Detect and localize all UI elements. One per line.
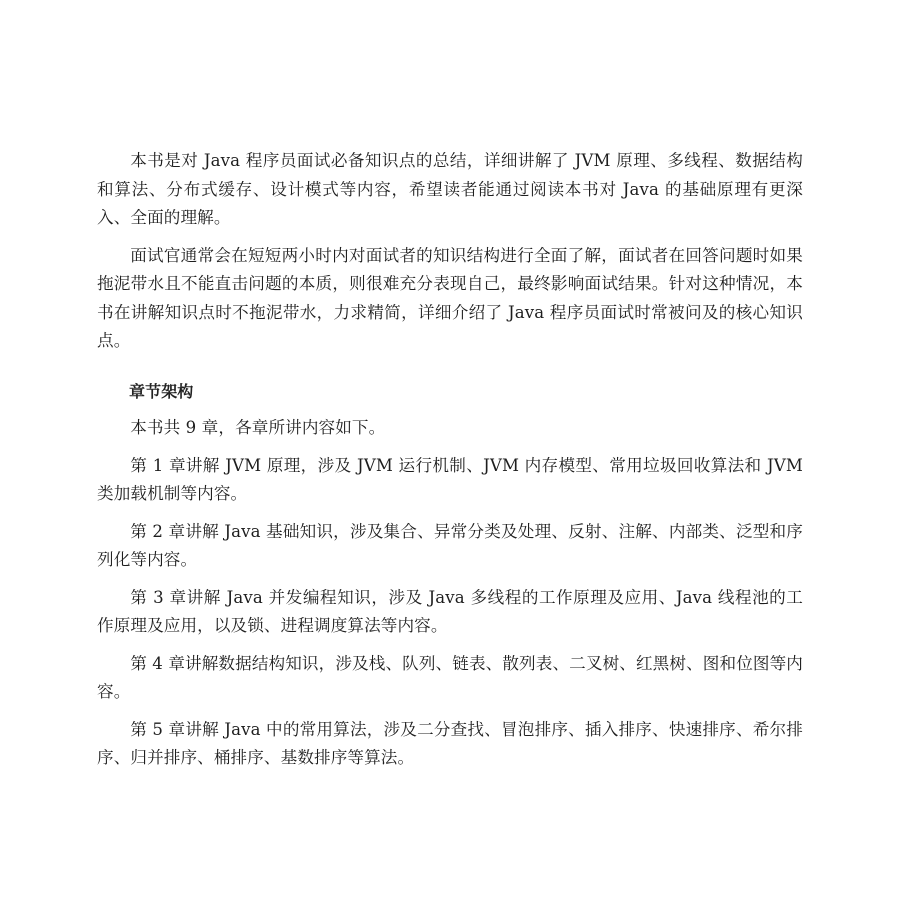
book-preface-page: 本书是对 Java 程序员面试必备知识点的总结，详细讲解了 JVM 原理、多线程… <box>97 147 803 782</box>
chapter-1-description: 第 1 章讲解 JVM 原理，涉及 JVM 运行机制、JVM 内存模型、常用垃圾… <box>97 452 803 509</box>
chapter-5-description: 第 5 章讲解 Java 中的常用算法，涉及二分查找、冒泡排序、插入排序、快速排… <box>97 716 803 773</box>
chapter-2-description: 第 2 章讲解 Java 基础知识，涉及集合、异常分类及处理、反射、注解、内部类… <box>97 518 803 575</box>
intro-paragraph-1: 本书是对 Java 程序员面试必备知识点的总结，详细讲解了 JVM 原理、多线程… <box>97 147 803 233</box>
chapter-4-description: 第 4 章讲解数据结构知识，涉及栈、队列、链表、散列表、二叉树、红黑树、图和位图… <box>97 650 803 707</box>
section-heading: 章节架构 <box>97 378 803 407</box>
intro-paragraph-2: 面试官通常会在短短两小时内对面试者的知识结构进行全面了解，面试者在回答问题时如果… <box>97 242 803 356</box>
chapter-summary: 本书共 9 章，各章所讲内容如下。 <box>97 414 803 443</box>
chapter-3-description: 第 3 章讲解 Java 并发编程知识，涉及 Java 多线程的工作原理及应用、… <box>97 584 803 641</box>
